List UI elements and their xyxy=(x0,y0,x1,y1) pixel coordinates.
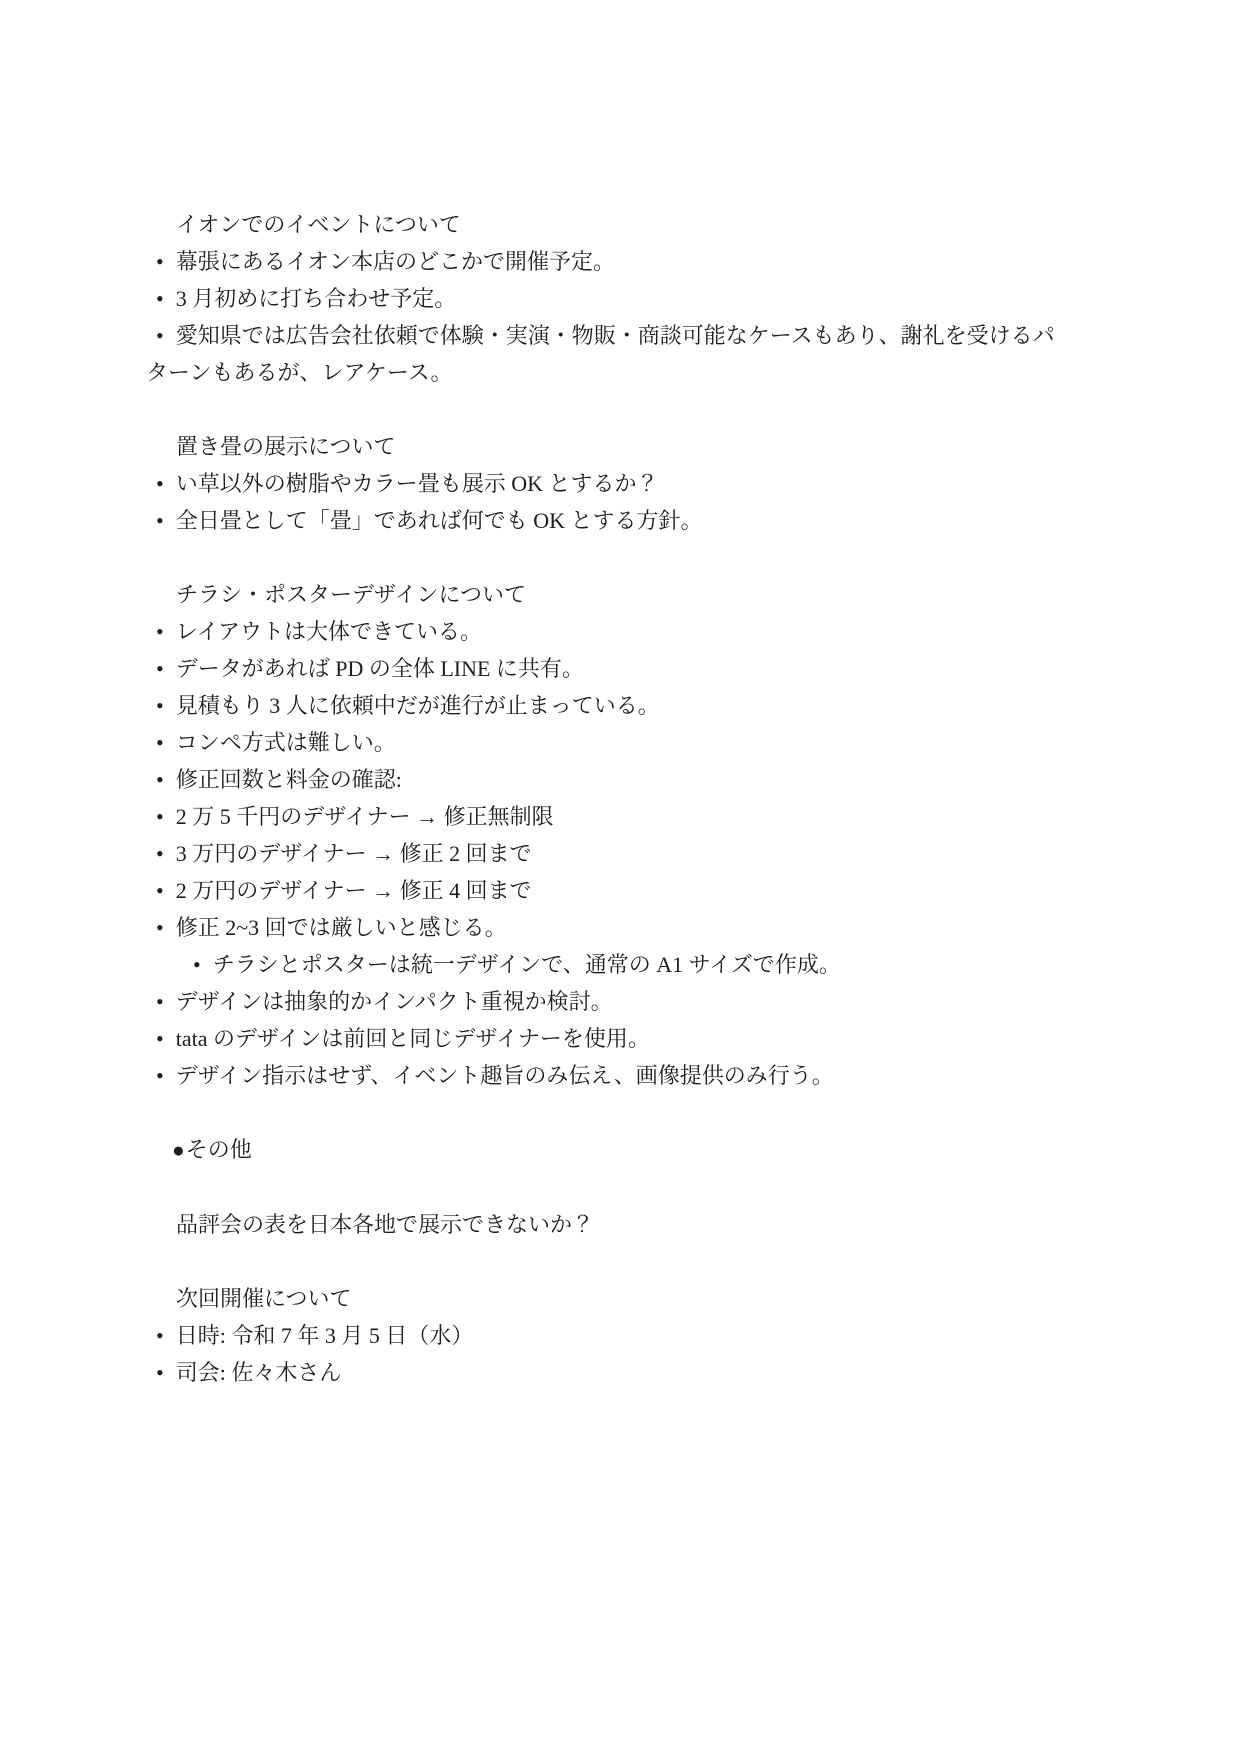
bullet-item: •幕張にあるイオン本店のどこかで開催予定。 xyxy=(146,243,1069,280)
bullet-item: •2 万円のデザイナー → 修正 4 回まで xyxy=(146,872,1069,909)
bullet-item: •見積もり 3 人に依頼中だが進行が止まっている。 xyxy=(146,687,1069,724)
bullet-text: 見積もり 3 人に依頼中だが進行が止まっている。 xyxy=(176,693,660,718)
section-heading: チラシ・ポスターデザインについて xyxy=(146,576,1069,613)
bullet-icon: • xyxy=(156,508,164,533)
section-heading: イオンでのイベントについて xyxy=(146,206,1069,243)
bullet-item: •愛知県では広告会社依頼で体験・実演・物販・商談可能なケースもあり、謝礼を受ける… xyxy=(146,317,1069,391)
bullet-text: 愛知県では広告会社依頼で体験・実演・物販・商談可能なケースもあり、謝礼を受けるパ… xyxy=(146,323,1055,385)
bullet-icon: • xyxy=(156,767,164,792)
bullet-item: •コンペ方式は難しい。 xyxy=(146,724,1069,761)
bullet-text: 幕張にあるイオン本店のどこかで開催予定。 xyxy=(176,249,615,274)
blank-line xyxy=(146,1169,1069,1206)
bullet-item: •データがあれば PD の全体 LINE に共有。 xyxy=(146,650,1069,687)
bullet-item: •レイアウトは大体できている。 xyxy=(146,613,1069,650)
bullet-text: 修正回数と料金の確認: xyxy=(176,767,402,792)
filled-circle-icon: ● xyxy=(172,1138,186,1162)
section-heading: 次回開催について xyxy=(146,1280,1069,1317)
bullet-text: チラシとポスターは統一デザインで、通常の A1 サイズで作成。 xyxy=(213,952,841,977)
bullet-text: 日時: 令和 7 年 3 月 5 日（水） xyxy=(176,1323,474,1348)
bullet-text: 司会: 佐々木さん xyxy=(176,1360,342,1385)
bullet-text: 3 月初めに打ち合わせ予定。 xyxy=(176,286,457,311)
bullet-icon: • xyxy=(156,1026,164,1051)
bullet-item: •い草以外の樹脂やカラー畳も展示 OK とするか？ xyxy=(146,465,1069,502)
bullet-text: データがあれば PD の全体 LINE に共有。 xyxy=(176,656,584,681)
bullet-text: デザイン指示はせず、イベント趣旨のみ伝え、画像提供のみ行う。 xyxy=(176,1063,834,1088)
bullet-icon: • xyxy=(156,878,164,903)
bullet-icon: • xyxy=(193,952,201,977)
bullet-item: •修正回数と料金の確認: xyxy=(146,761,1069,798)
bullet-text: コンペ方式は難しい。 xyxy=(176,730,396,755)
section-heading: 置き畳の展示について xyxy=(146,428,1069,465)
paragraph: 品評会の表を日本各地で展示できないか？ xyxy=(146,1206,1069,1243)
document-page: イオンでのイベントについて•幕張にあるイオン本店のどこかで開催予定。•3 月初め… xyxy=(0,0,1241,1755)
bullet-icon: • xyxy=(156,286,164,311)
bullet-text: 全日畳として「畳」であれば何でも OK とする方針。 xyxy=(176,508,703,533)
blank-line xyxy=(146,391,1069,428)
bullet-icon: • xyxy=(156,1360,164,1385)
bullet-item: •司会: 佐々木さん xyxy=(146,1354,1069,1391)
bullet-item: •日時: 令和 7 年 3 月 5 日（水） xyxy=(146,1317,1069,1354)
bullet-icon: • xyxy=(156,693,164,718)
bullet-text: 2 万円のデザイナー → 修正 4 回まで xyxy=(176,878,532,903)
bullet-icon: • xyxy=(156,1063,164,1088)
bullet-icon: • xyxy=(156,471,164,496)
bullet-text: 修正 2~3 回では厳しいと感じる。 xyxy=(176,915,507,940)
bullet-item: •デザイン指示はせず、イベント趣旨のみ伝え、画像提供のみ行う。 xyxy=(146,1057,1069,1094)
bullet-icon: • xyxy=(156,249,164,274)
bullet-item: •tata のデザインは前回と同じデザイナーを使用。 xyxy=(146,1020,1069,1057)
document-content: イオンでのイベントについて•幕張にあるイオン本店のどこかで開催予定。•3 月初め… xyxy=(146,206,1069,1391)
bullet-icon: • xyxy=(156,804,164,829)
bullet-item: •チラシとポスターは統一デザインで、通常の A1 サイズで作成。 xyxy=(146,946,1069,983)
section-heading-marked: ●その他 xyxy=(146,1131,1069,1169)
bullet-item: •全日畳として「畳」であれば何でも OK とする方針。 xyxy=(146,502,1069,539)
bullet-icon: • xyxy=(156,841,164,866)
blank-line xyxy=(146,539,1069,576)
bullet-text: 2 万 5 千円のデザイナー → 修正無制限 xyxy=(176,804,554,829)
bullet-icon: • xyxy=(156,656,164,681)
bullet-icon: • xyxy=(156,989,164,1014)
section-heading-text: その他 xyxy=(186,1137,252,1162)
blank-line xyxy=(146,1243,1069,1280)
bullet-text: 3 万円のデザイナー → 修正 2 回まで xyxy=(176,841,532,866)
bullet-icon: • xyxy=(156,915,164,940)
bullet-item: •修正 2~3 回では厳しいと感じる。 xyxy=(146,909,1069,946)
bullet-icon: • xyxy=(156,1323,164,1348)
bullet-text: レイアウトは大体できている。 xyxy=(176,619,482,644)
bullet-text: tata のデザインは前回と同じデザイナーを使用。 xyxy=(176,1026,650,1051)
bullet-text: デザインは抽象的かインパクト重視か検討。 xyxy=(176,989,613,1014)
bullet-item: •2 万 5 千円のデザイナー → 修正無制限 xyxy=(146,798,1069,835)
bullet-item: •3 万円のデザイナー → 修正 2 回まで xyxy=(146,835,1069,872)
bullet-text: い草以外の樹脂やカラー畳も展示 OK とするか？ xyxy=(176,471,659,496)
bullet-icon: • xyxy=(156,323,164,348)
blank-line xyxy=(146,1094,1069,1131)
bullet-icon: • xyxy=(156,730,164,755)
bullet-item: •デザインは抽象的かインパクト重視か検討。 xyxy=(146,983,1069,1020)
bullet-icon: • xyxy=(156,619,164,644)
bullet-item: •3 月初めに打ち合わせ予定。 xyxy=(146,280,1069,317)
